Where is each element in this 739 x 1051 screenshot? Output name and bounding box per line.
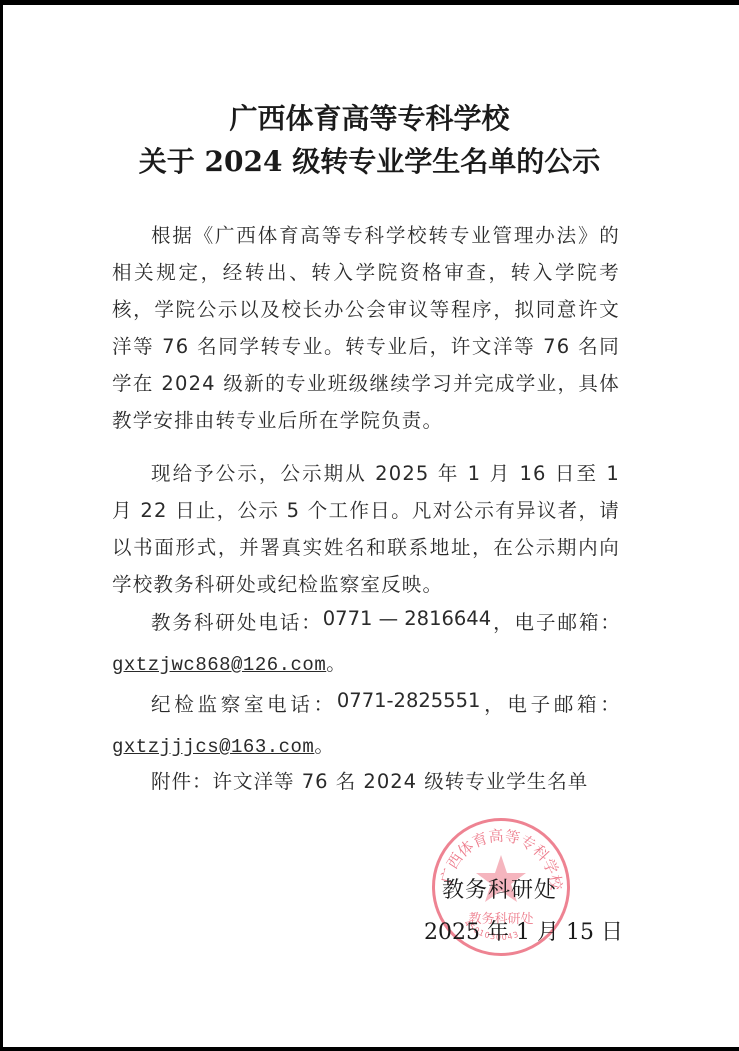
contact-discipline-inspection: 纪 检 监 察 室 电 话 ： 0771-2825551 ， 电 子 邮 箱 ： (112, 689, 620, 717)
contact-char: 处 (237, 607, 257, 635)
contact-char: 务 (172, 607, 192, 635)
page-border-bottom (0, 1047, 739, 1051)
contact-char: 箱 (579, 607, 599, 635)
signature-department: 教务科研处 (442, 873, 557, 904)
contact-discipline-inspection-email-line: gxtzjjjcs@163.com。 (112, 730, 620, 758)
document-title-line2: 关于 2024 级转专业学生名单的公示 (0, 140, 739, 180)
contact-char: ： (600, 689, 620, 717)
contact-char: 电 (258, 607, 278, 635)
contact-char: ： (600, 607, 620, 635)
contact-char: 监 (197, 689, 217, 717)
contact-char: ， (493, 607, 513, 635)
contact-char: 教 (151, 607, 171, 635)
contact-char: 电 (515, 607, 535, 635)
period: 。 (314, 734, 334, 757)
email-link-discipline-inspection[interactable]: gxtzjjjcs@163.com (112, 736, 314, 758)
contact-char: 邮 (554, 689, 574, 717)
contact-char: 子 (536, 607, 556, 635)
contact-char: 话 (290, 689, 310, 717)
contact-char: 邮 (557, 607, 577, 635)
contact-char: 科 (194, 607, 214, 635)
contact-char: 察 (221, 689, 241, 717)
paragraph-transfer-approval: 根据《广西体育高等专科学校转专业管理办法》的相关规定，经转出、转入学院资格审查，… (112, 217, 620, 439)
phone-number: 0771-2825551 (337, 689, 481, 717)
phone-number: 0771 — 2816644 (323, 607, 491, 635)
email-link-academic-affairs[interactable]: gxtzjwc868@126.com (112, 654, 326, 676)
contact-academic-affairs: 教 务 科 研 处 电 话 ： 0771 — 2816644 ， 电 子 邮 箱… (112, 607, 620, 635)
document-title-line1: 广西体育高等专科学校 (0, 97, 739, 137)
contact-char: 子 (531, 689, 551, 717)
paragraph-publicity-period: 现给予公示，公示期从 2025 年 1 月 16 日至 1 月 22 日止，公示… (112, 455, 620, 603)
contact-char: 研 (215, 607, 235, 635)
contact-char: 电 (267, 689, 287, 717)
period: 。 (326, 652, 346, 675)
contact-char: 纪 (151, 689, 171, 717)
contact-char: 箱 (577, 689, 597, 717)
attachment-note: 附件：许文洋等 76 名 2024 级转专业学生名单 (112, 766, 620, 794)
signature-date: 2025 年 1 月 15 日 (424, 915, 623, 946)
contact-academic-affairs-email-line: gxtzjwc868@126.com。 (112, 648, 620, 676)
contact-char: ： (314, 689, 334, 717)
contact-char: 室 (244, 689, 264, 717)
contact-char: 检 (174, 689, 194, 717)
contact-char: ， (484, 689, 504, 717)
contact-char: 话 (280, 607, 300, 635)
contact-char: ： (301, 607, 321, 635)
contact-char: 电 (507, 689, 527, 717)
